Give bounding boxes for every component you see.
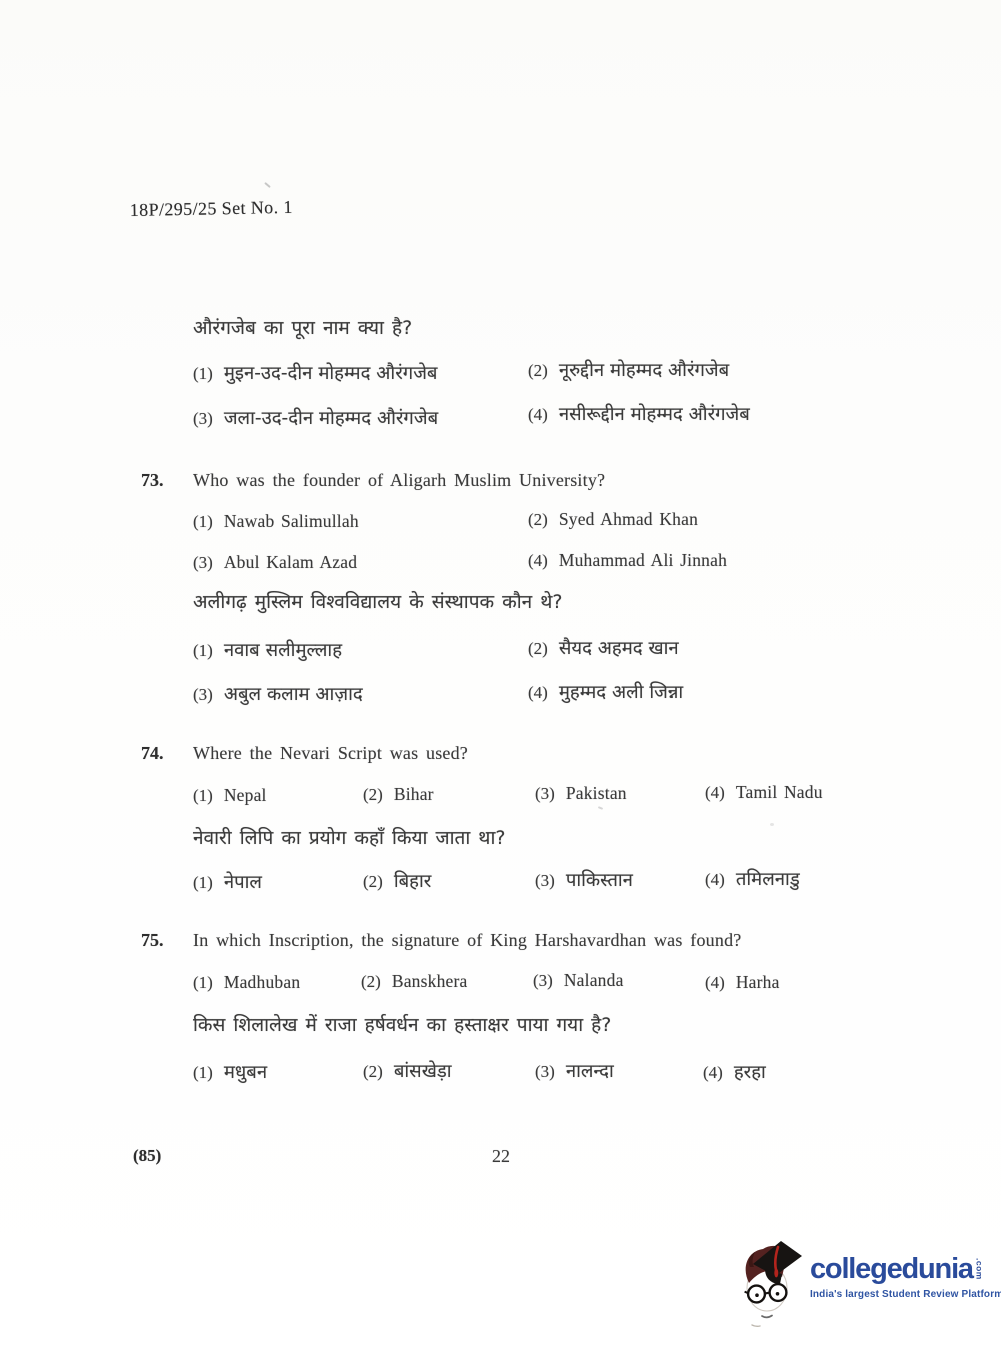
option-number: (3) xyxy=(193,553,213,573)
option-text: पाकिस्तान xyxy=(566,867,633,892)
option: (4) तमिलनाडु xyxy=(705,866,800,891)
question-text-hindi: नेवारी लिपि का प्रयोग कहाँ किया जाता था? xyxy=(193,824,505,850)
option: (2) Banskhera xyxy=(361,971,468,992)
option-text: Nalanda xyxy=(564,970,624,991)
option: (4) मुहम्मद अली जिन्ना xyxy=(528,679,683,704)
question-text-hindi: औरंगजेब का पूरा नाम क्या है? xyxy=(193,314,412,340)
option: (4) हरहा xyxy=(703,1059,766,1084)
option-number: (3) xyxy=(535,871,555,891)
option-number: (2) xyxy=(363,785,383,805)
question-number: 74. xyxy=(141,743,164,764)
brand-name: collegedunia xyxy=(810,1255,973,1284)
option-number: (3) xyxy=(193,409,213,429)
option-number: (2) xyxy=(363,1062,383,1082)
scanned-exam-page: 18P/295/25 Set No. 1 औरंगजेब का पूरा नाम… xyxy=(0,0,1001,1356)
option: (1) Nawab Salimullah xyxy=(193,511,359,532)
option-number: (4) xyxy=(703,1063,723,1083)
option: (1) नवाब सलीमुल्लाह xyxy=(193,637,342,662)
brand-tld: .com xyxy=(975,1258,984,1280)
option-number: (4) xyxy=(528,405,548,425)
scan-artifact xyxy=(264,182,271,188)
option-text: Banskhera xyxy=(392,971,468,992)
question-text-english: Who was the founder of Aligarh Muslim Un… xyxy=(193,470,605,491)
option-text: मधुबन xyxy=(224,1059,267,1084)
option: (1) Madhuban xyxy=(193,972,300,993)
option: (2) सैयद अहमद खान xyxy=(528,635,679,660)
option: (2) Syed Ahmad Khan xyxy=(528,509,698,530)
option-number: (3) xyxy=(193,685,213,705)
option-text: अबुल कलाम आज़ाद xyxy=(224,681,363,706)
option: (2) बांसखेड़ा xyxy=(363,1058,452,1083)
option: (3) नालन्दा xyxy=(535,1058,614,1083)
option: (2) नूरुद्दीन मोहम्मद औरंगजेब xyxy=(528,357,729,382)
question-text-english: In which Inscription, the signature of K… xyxy=(193,930,741,951)
option-number: (3) xyxy=(533,971,553,991)
option-text: बांसखेड़ा xyxy=(394,1058,452,1083)
option-text: बिहार xyxy=(394,868,432,893)
option-text: मुहम्मद अली जिन्ना xyxy=(559,679,683,704)
option-number: (1) xyxy=(193,1063,213,1083)
option-number: (4) xyxy=(528,683,548,703)
page-number: 22 xyxy=(492,1146,510,1167)
scan-artifact xyxy=(770,823,774,826)
option: (1) मधुबन xyxy=(193,1059,267,1084)
option-text: Nawab Salimullah xyxy=(224,511,359,532)
option-number: (4) xyxy=(705,973,725,993)
question-text-hindi: अलीगढ़ मुस्लिम विश्वविद्यालय के संस्थापक… xyxy=(193,588,562,614)
option: (2) बिहार xyxy=(363,868,431,893)
option: (4) Harha xyxy=(705,972,780,993)
option-number: (3) xyxy=(535,1062,555,1082)
option-text: Abul Kalam Azad xyxy=(224,552,357,573)
option-number: (4) xyxy=(705,783,725,803)
option-number: (4) xyxy=(528,551,548,571)
question-number: 75. xyxy=(141,930,164,951)
option: (3) Nalanda xyxy=(533,970,624,991)
option-number: (2) xyxy=(528,510,548,530)
option-text: तमिलनाडु xyxy=(736,866,800,891)
scan-artifact xyxy=(598,806,603,810)
option-text: नूरुद्दीन मोहम्मद औरंगजेब xyxy=(559,357,729,382)
option-text: नालन्दा xyxy=(566,1058,614,1083)
booklet-series: (85) xyxy=(133,1146,161,1166)
question-text-english: Where the Nevari Script was used? xyxy=(193,743,468,764)
option-number: (1) xyxy=(193,973,213,993)
option-text: नवाब सलीमुल्लाह xyxy=(224,637,342,662)
option: (3) Abul Kalam Azad xyxy=(193,552,357,573)
option-text: हरहा xyxy=(734,1059,766,1084)
option: (3) Pakistan xyxy=(535,783,627,804)
option-text: Nepal xyxy=(224,785,267,806)
option: (1) नेपाल xyxy=(193,869,262,894)
option-number: (3) xyxy=(535,784,555,804)
option-text: मुइन-उद-दीन मोहम्मद औरंगजेब xyxy=(224,360,438,385)
collegedunia-logo: collegedunia .com India's largest Studen… xyxy=(740,1237,1001,1329)
option-text: जला-उद-दीन मोहम्मद औरंगजेब xyxy=(224,405,438,430)
question-text-hindi: किस शिलालेख में राजा हर्षवर्धन का हस्ताक… xyxy=(193,1011,611,1037)
collegedunia-mascot-icon xyxy=(740,1237,804,1329)
option-text: Muhammad Ali Jinnah xyxy=(559,550,727,571)
option: (3) अबुल कलाम आज़ाद xyxy=(193,681,363,706)
option-text: नेपाल xyxy=(224,869,262,894)
option-text: Tamil Nadu xyxy=(736,782,823,803)
option-number: (1) xyxy=(193,641,213,661)
option-text: नसीरूद्दीन मोहम्मद औरंगजेब xyxy=(559,401,750,426)
option-number: (2) xyxy=(361,972,381,992)
option: (3) जला-उद-दीन मोहम्मद औरंगजेब xyxy=(193,405,438,430)
option-text: Madhuban xyxy=(224,972,300,993)
option-text: Pakistan xyxy=(566,783,627,804)
option: (3) पाकिस्तान xyxy=(535,867,633,892)
option: (1) मुइन-उद-दीन मोहम्मद औरंगजेब xyxy=(193,360,438,385)
option-number: (1) xyxy=(193,364,213,384)
option-number: (2) xyxy=(363,872,383,892)
option: (4) Muhammad Ali Jinnah xyxy=(528,550,727,571)
option-text: Bihar xyxy=(394,784,434,805)
option: (2) Bihar xyxy=(363,784,434,805)
option-number: (1) xyxy=(193,786,213,806)
option-number: (4) xyxy=(705,870,725,890)
option-text: Harha xyxy=(736,972,780,993)
option-text: Syed Ahmad Khan xyxy=(559,509,698,530)
question-number: 73. xyxy=(141,470,164,491)
paper-code: 18P/295/25 Set No. 1 xyxy=(130,197,293,221)
option: (4) Tamil Nadu xyxy=(705,782,823,803)
option-number: (1) xyxy=(193,512,213,532)
brand-tagline: India's largest Student Review Platform xyxy=(810,1289,1001,1300)
option-number: (2) xyxy=(528,361,548,381)
option-number: (1) xyxy=(193,873,213,893)
option: (4) नसीरूद्दीन मोहम्मद औरंगजेब xyxy=(528,401,750,426)
option-text: सैयद अहमद खान xyxy=(559,635,679,660)
option-number: (2) xyxy=(528,639,548,659)
option: (1) Nepal xyxy=(193,785,267,806)
